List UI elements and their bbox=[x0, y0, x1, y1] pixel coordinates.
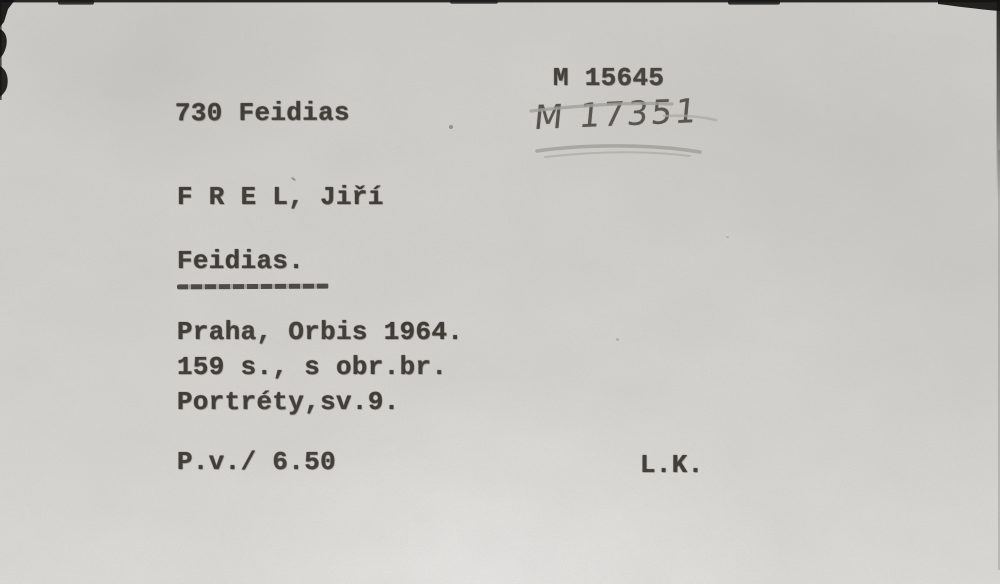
scan-artifacts-layer bbox=[0, 0, 1000, 584]
scan-corner-top-left bbox=[0, 0, 15, 27]
scan-edge-bump bbox=[728, 0, 780, 5]
price-line: P.v./ 6.50 bbox=[177, 449, 336, 475]
paper-texture bbox=[0, 0, 1000, 584]
imprint-line: Praha, Orbis 1964. bbox=[177, 319, 463, 345]
accession-number-handwritten: M 17351 bbox=[533, 94, 701, 134]
series-line: Portréty,sv.9. bbox=[177, 389, 400, 415]
scan-edge-top bbox=[0, 0, 1000, 2]
paper-speck bbox=[291, 177, 296, 182]
catalog-card: 730 Feidias M 15645 M 17351 F R E L, Jiř… bbox=[0, 0, 1000, 584]
title-line: Feidias. bbox=[177, 248, 304, 274]
scan-edge-right bbox=[997, 0, 1000, 200]
scan-edge-blob bbox=[0, 29, 7, 58]
accession-number-typed: M 15645 bbox=[553, 65, 664, 91]
pencil-underline bbox=[537, 146, 700, 152]
paper-grain bbox=[0, 0, 1000, 584]
scan-edge-blob bbox=[0, 66, 8, 97]
paper-speck bbox=[449, 125, 453, 129]
paper-speck bbox=[616, 338, 619, 341]
cataloguer-initials: L.K. bbox=[640, 452, 704, 478]
author-line: F R E L, Jiří bbox=[177, 184, 384, 210]
scan-corner-top-right bbox=[938, 0, 1000, 11]
pencil-underline-double bbox=[545, 152, 690, 157]
title-underline bbox=[177, 284, 329, 290]
scan-edge-bump bbox=[58, 0, 94, 5]
collation-line: 159 s., s obr.br. bbox=[177, 354, 447, 380]
paper-speck bbox=[726, 236, 729, 238]
scan-edge-left bbox=[0, 0, 2, 100]
call-number: 730 Feidias bbox=[175, 100, 350, 127]
scan-edge-bump bbox=[450, 0, 498, 4]
